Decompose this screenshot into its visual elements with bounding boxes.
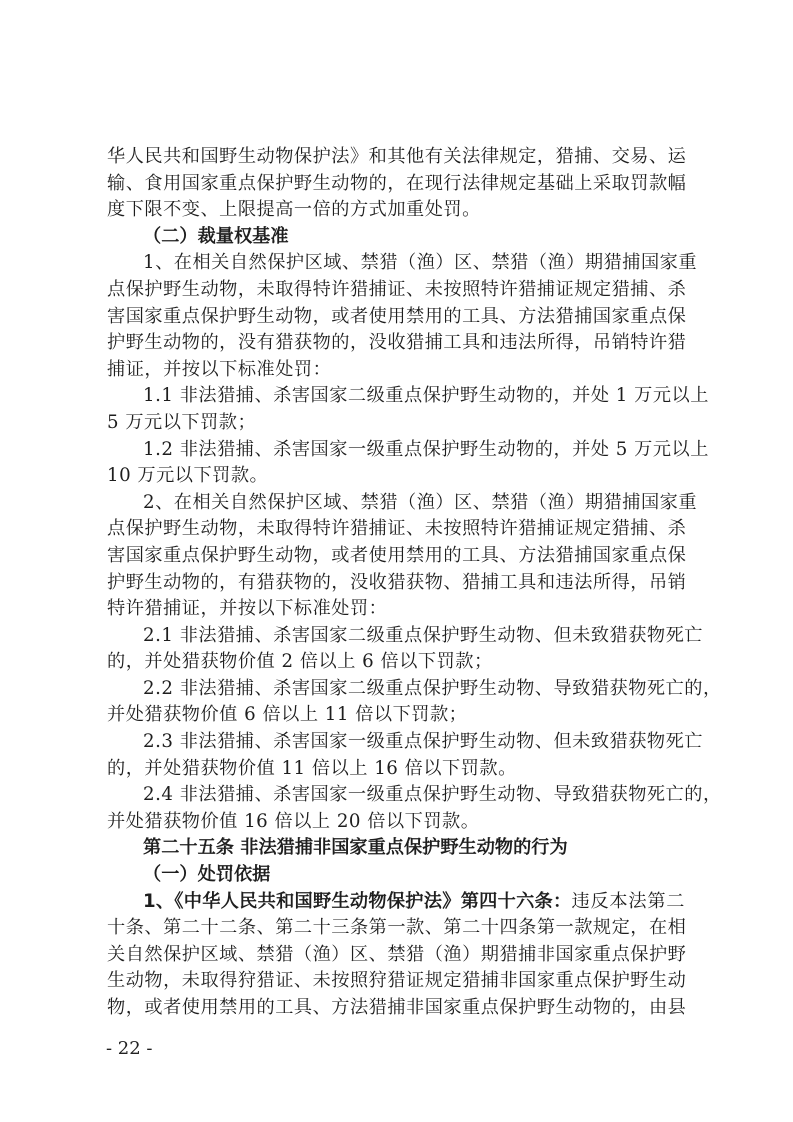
law-citation: 1、《中华人民共和国野生动物保护法》第四十六条： [143,891,571,912]
body-line: 并处猎获物价值 16 倍以上 20 倍以下罚款。 [107,809,685,836]
section-heading-penalty-basis: （一）处罚依据 [107,862,685,889]
clause-2: 2、在相关自然保护区域、禁猎（渔）区、禁猎（渔）期猎捕国家重 [107,490,685,517]
body-line: 害国家重点保护野生动物，或者使用禁用的工具、方法猎捕国家重点保 [107,304,685,331]
body-line: 点保护野生动物，未取得特许猎捕证、未按照特许猎捕证规定猎捕、杀 [107,277,685,304]
legal-basis-line: 1、《中华人民共和国野生动物保护法》第四十六条：违反本法第二 [107,889,685,916]
body-line: 的，并处猎获物价值 11 倍以上 16 倍以下罚款。 [107,756,685,783]
clause-2-3: 2.3 非法猎捕、杀害国家一级重点保护野生动物、但未致猎获物死亡 [107,729,685,756]
clause-2-2: 2.2 非法猎捕、杀害国家二级重点保护野生动物、导致猎获物死亡的， [107,676,685,703]
body-line: 物，或者使用禁用的工具、方法猎捕非国家重点保护野生动物的，由县 [107,995,685,1022]
body-line: 点保护野生动物，未取得特许猎捕证、未按照特许猎捕证规定猎捕、杀 [107,516,685,543]
clause-2-1: 2.1 非法猎捕、杀害国家二级重点保护野生动物、但未致猎获物死亡 [107,623,685,650]
body-line: 的，并处猎获物价值 2 倍以上 6 倍以下罚款； [107,649,685,676]
body-line: 关自然保护区域、禁猎（渔）区、禁猎（渔）期猎捕非国家重点保护野 [107,942,685,969]
body-line: 生动物，未取得狩猎证、未按照狩猎证规定猎捕非国家重点保护野生动 [107,968,685,995]
body-line: 并处猎获物价值 6 倍以上 11 倍以下罚款； [107,702,685,729]
clause-1-1: 1.1 非法猎捕、杀害国家二级重点保护野生动物的，并处 1 万元以上 [107,383,685,410]
body-line: 十条、第二十二条、第二十三条第一款、第二十四条第一款规定，在相 [107,915,685,942]
body-line: 害国家重点保护野生动物，或者使用禁用的工具、方法猎捕国家重点保 [107,543,685,570]
body-text: 违反本法第二 [571,891,685,912]
body-line: 5 万元以下罚款； [107,410,685,437]
page-number: - 22 - [106,1038,153,1059]
body-line: 度下限不变、上限提高一倍的方式加重处罚。 [107,197,685,224]
body-line: 护野生动物的，有猎获物的，没收猎获物、猎捕工具和违法所得，吊销 [107,570,685,597]
document-page: 华人民共和国野生动物保护法》和其他有关法律规定，猎捕、交易、运 输、食用国家重点… [107,144,685,1022]
body-line: 1、在相关自然保护区域、禁猎（渔）区、禁猎（渔）期猎捕国家重 [107,250,685,277]
clause-2-4: 2.4 非法猎捕、杀害国家一级重点保护野生动物、导致猎获物死亡的， [107,782,685,809]
body-line: 输、食用国家重点保护野生动物的，在现行法律规定基础上采取罚款幅 [107,171,685,198]
body-line: 捕证，并按以下标准处罚： [107,357,685,384]
section-heading-discretion-standard: （二）裁量权基准 [107,224,685,251]
body-line: 华人民共和国野生动物保护法》和其他有关法律规定，猎捕、交易、运 [107,144,685,171]
body-line: 特许猎捕证，并按以下标准处罚： [107,596,685,623]
body-line: 10 万元以下罚款。 [107,463,685,490]
body-line: 护野生动物的，没有猎获物的，没收猎捕工具和违法所得，吊销特许猎 [107,330,685,357]
article-25-heading: 第二十五条 非法猎捕非国家重点保护野生动物的行为 [107,835,685,862]
clause-1-2: 1.2 非法猎捕、杀害国家一级重点保护野生动物的，并处 5 万元以上 [107,437,685,464]
